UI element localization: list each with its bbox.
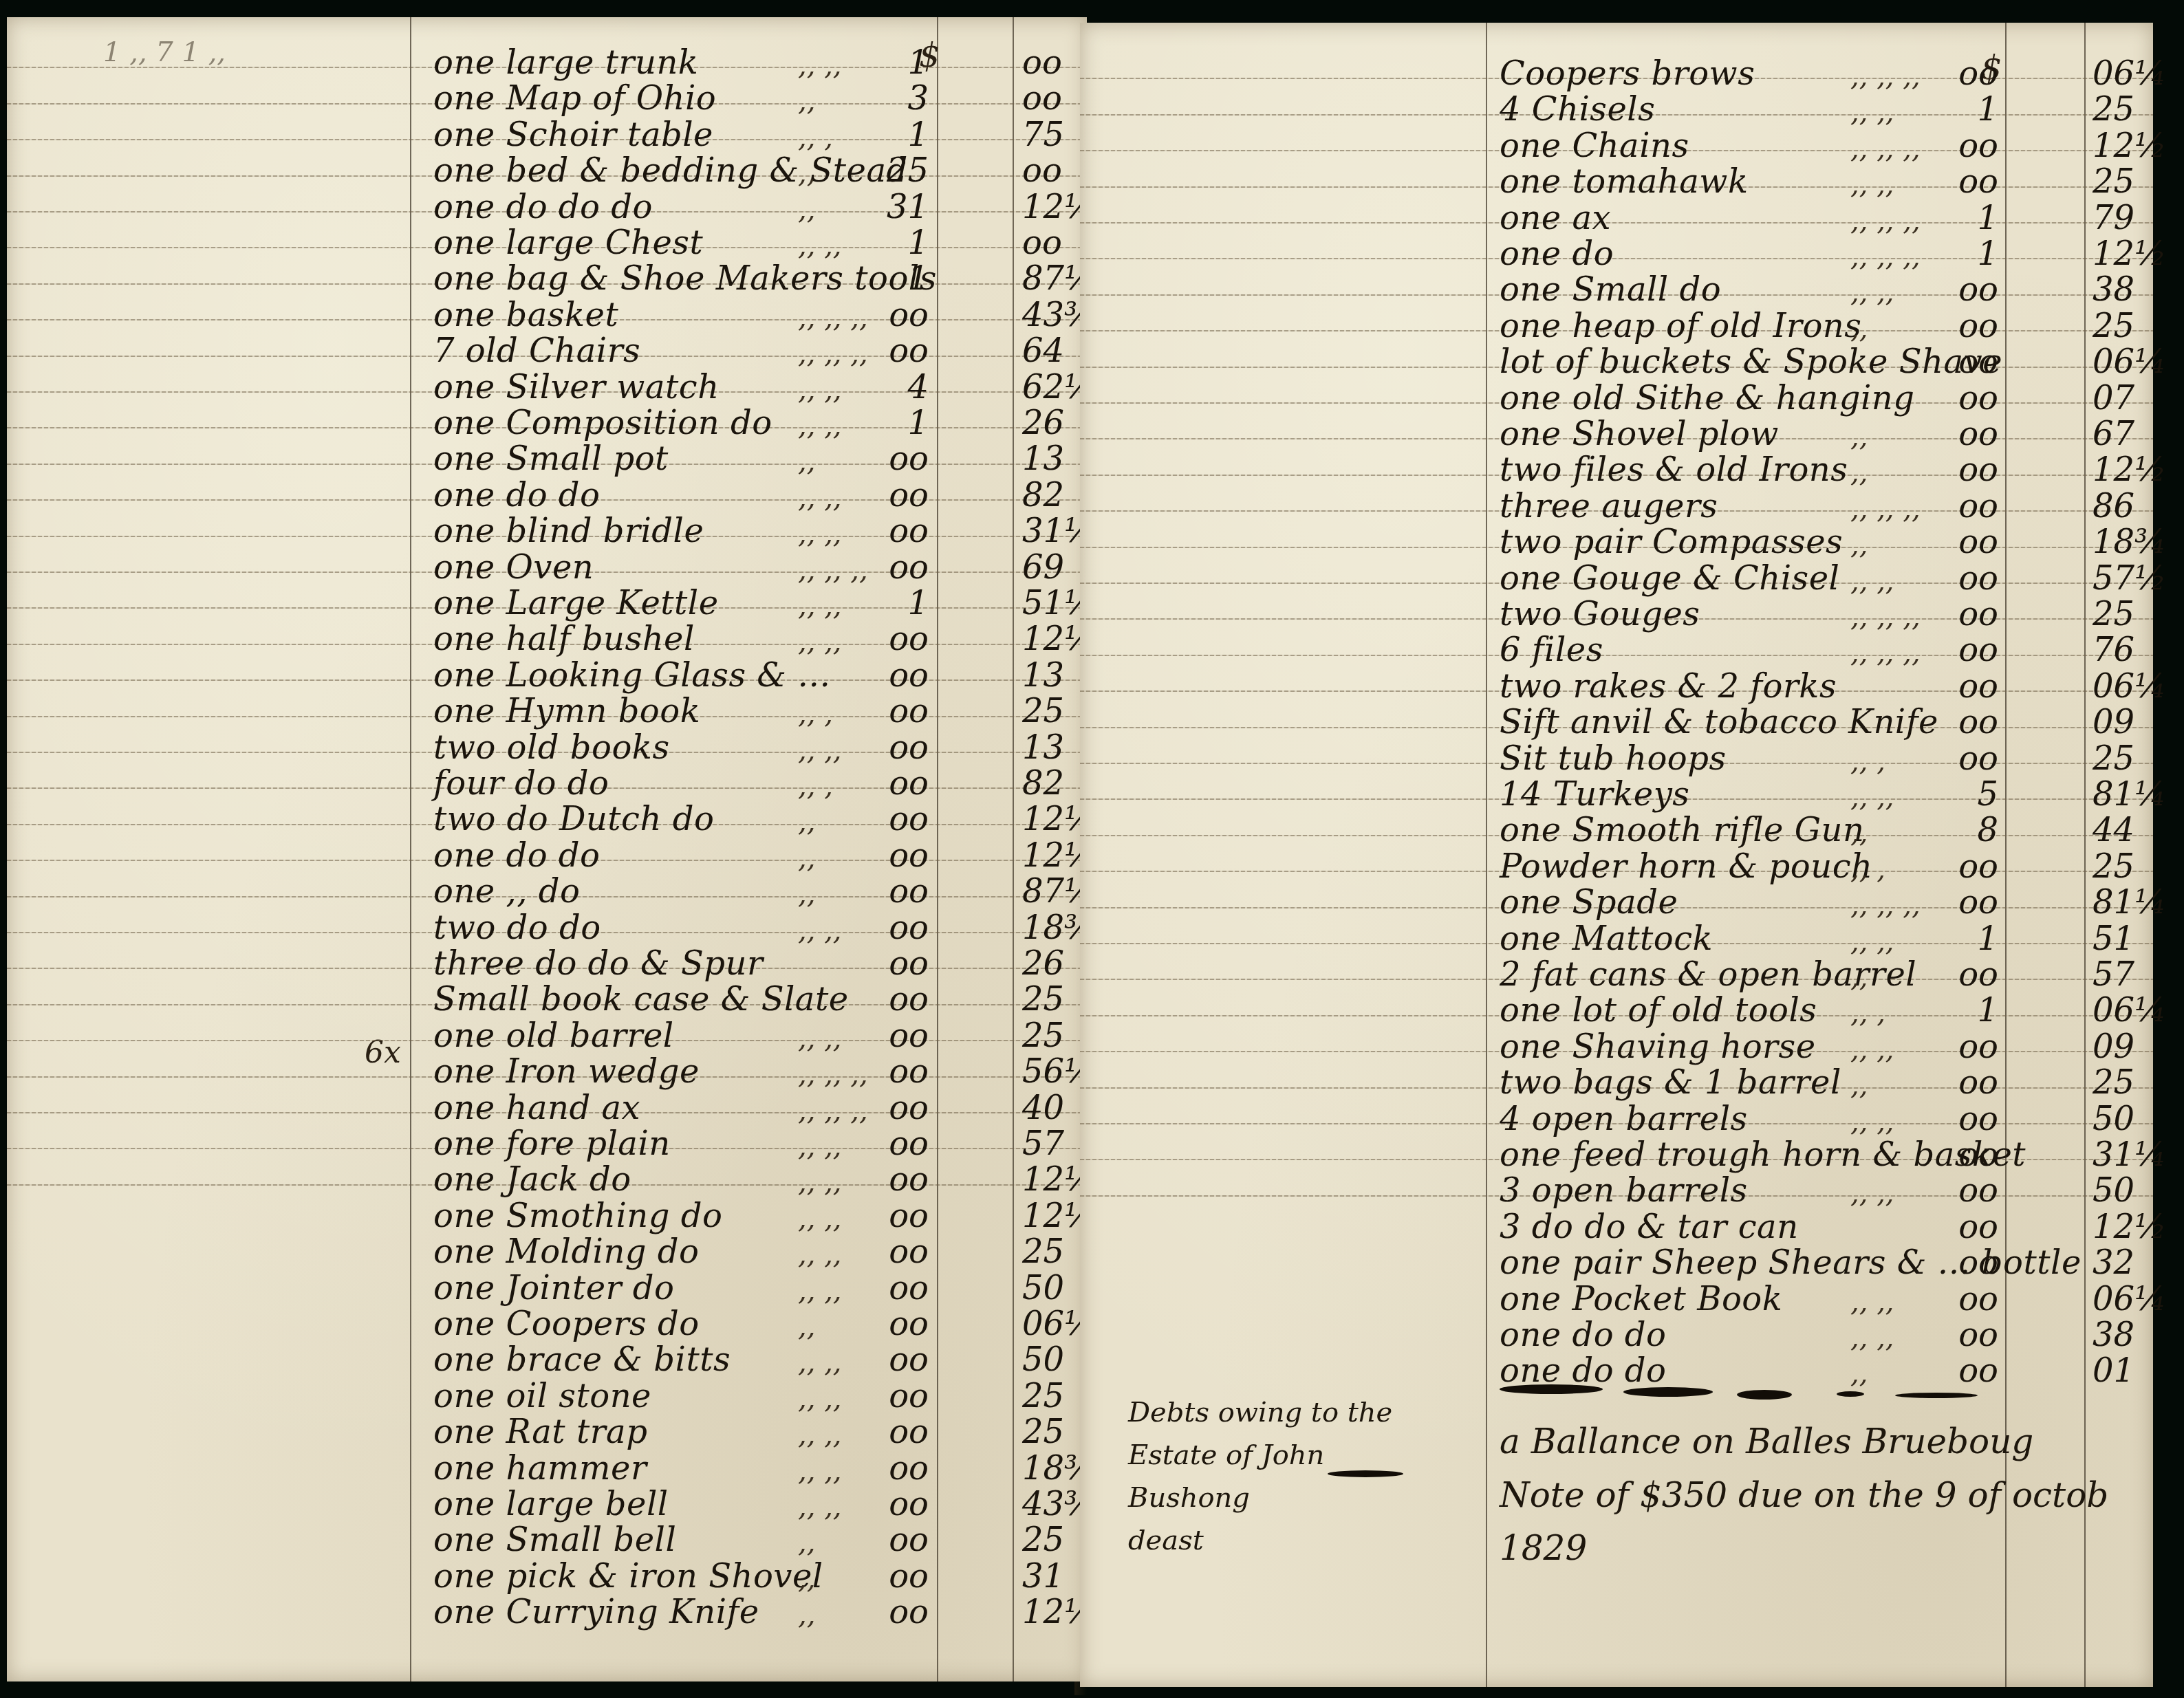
ledger-row: one do do,,oo01 [1080,1339,2153,1391]
balance-note-line: Note of $350 due on the 9 of octob [1500,1469,2184,1523]
item-description: one Currying Knife [433,1596,759,1629]
balance-note: a Ballance on Balles Brueboug Note of $3… [1500,1415,2184,1576]
balance-note-line: a Ballance on Balles Brueboug [1500,1415,2184,1469]
closing-flourish [1623,1387,1713,1397]
closing-flourish [1737,1390,1792,1400]
debts-note-line: Debts owing to the [1128,1391,1431,1434]
debts-note-line: deast [1128,1519,1431,1562]
ledger-row: one Currying Knife,,oo12½ [7,1580,1087,1633]
closing-flourish [1837,1391,1864,1397]
left-ledger-page: 1 ,, 7 1 ,, 6x $ one large trunk,, ,,1oo… [7,17,1087,1681]
amount-dollars: oo [1936,1354,1998,1387]
amount-cents: 01 [2093,1354,2175,1387]
item-description: one do do [1500,1354,1666,1387]
closing-flourish [1500,1384,1603,1394]
amount-dollars: oo [867,1596,929,1629]
right-ledger-page: $ Coopers brows,, ,, ,,oo06¼4 Chisels,, … [1080,23,2153,1687]
ditto-marks: ,, [798,1601,815,1629]
closing-flourish [1328,1470,1403,1477]
closing-flourish [1895,1393,1978,1398]
ditto-marks: ,, [1850,1360,1868,1387]
balance-note-line: 1829 [1500,1522,2184,1576]
